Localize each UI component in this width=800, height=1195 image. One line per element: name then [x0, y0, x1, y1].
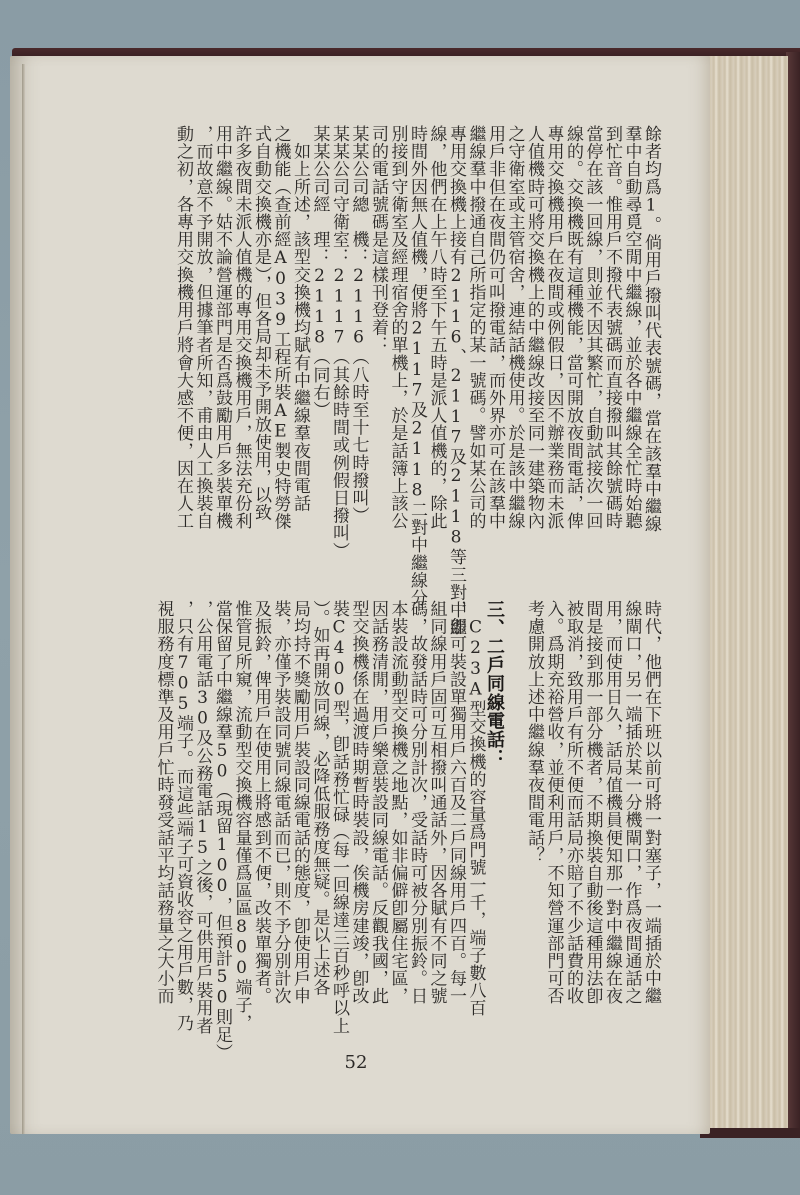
- text-column: 繼線羣中撥通自己所指定的某一號碼。譬如某公司的: [465, 125, 485, 575]
- text-column: 型交換機係在過渡時期暫時裝設，俟機房建竣，卽改: [348, 600, 368, 1040]
- text-column: 人值機時可將交換機上的中繼線改接至同一建築物內: [524, 125, 544, 575]
- text-column: 別接到守衛室及經理宿舍的單機上，於是話簿上該公: [387, 125, 407, 575]
- page-gutter-fold: [22, 64, 25, 1134]
- text-column: 專用交換機用戶在夜間或例假日，因不辦業務而未派: [543, 125, 563, 575]
- text-column: 被取消，致用戶有所不便而話局亦賠了不少話費的收: [563, 600, 583, 1040]
- text-column: 當保留了中繼線羣50（現留100，但預計50則足）: [212, 600, 232, 1040]
- page-number: 52: [336, 1052, 376, 1073]
- text-column: 線閘口，另一端插於某一分機閘口，作爲夜間通話之: [621, 600, 641, 1040]
- text-column: 線的。交換機既有這種機能，當可開放夜間電話，俾: [563, 125, 583, 575]
- text-column: 專用交換機上接有2116、2117及2118等三對中繼: [446, 125, 466, 575]
- text-column: 碼，故發話時可分別計次，受話時可被分別振鈴。日: [407, 600, 427, 1040]
- text-column: ，只有705端子。而這些端子可資收容之用戶數，乃: [173, 600, 193, 1040]
- text-column: C23A型交換機的容量爲門號一千，端子數八百: [465, 600, 485, 1040]
- text-column: 式自動交換機亦是），但各局却未予開放使用，以致: [251, 125, 271, 575]
- text-column: 羣中自動尋覓空閒中繼線，並於各中繼線全忙時始聽: [621, 125, 641, 575]
- text-column: 裝C400型，卽話務忙碌（每一回線達三百秒呼以上: [329, 600, 349, 1040]
- text-column: ，卽可裝設單獨用戶六百及二戶同線用戶四百。每一: [446, 600, 466, 1040]
- column-spacer: [504, 600, 524, 1040]
- text-column: 如上所述，該型交換機均賦有中繼線羣夜間電話: [290, 125, 310, 575]
- text-column: ）。如再開放同線，必降低服務度無疑。是以上述各: [309, 600, 329, 1040]
- section-heading: 三、二戶同線電話：: [485, 600, 505, 1040]
- text-column: 本裝設流動型交換機之地點，如非偏僻卽屬住宅區，: [387, 600, 407, 1040]
- text-column: 許多夜間未派人值機的專用交換機用戶，無法充份利: [231, 125, 251, 575]
- phone-listing-guardroom: 某某公司守衛室：2117（其餘時間或例假日撥叫）: [329, 125, 349, 575]
- text-column: 及振鈴，俾用戶在使用上將感到不便，改裝單獨者。: [251, 600, 271, 1040]
- text-column: 時代，他們在下班以前可將一對塞子，一端插於中繼: [641, 600, 661, 1040]
- text-column: 入。爲期充裕營收，並便利用戶，不知營運部門可否: [543, 600, 563, 1040]
- text-column: 之機能（查前經A039工程所裝AE製史特勞傑: [270, 125, 290, 575]
- text-column: ，而故意不予開放，但據筆者所知，甫由人工換裝自: [192, 125, 212, 575]
- text-column: 線，他們在上午八時至下午五時是派人值機的，除此: [426, 125, 446, 575]
- phone-listing-manager: 某某公司經 理：2118（同右）: [309, 125, 329, 575]
- text-column: 視服務度標準及用戶忙時發受話平均話務量之大小而: [153, 600, 173, 1040]
- text-column: 動之初，各專用交換機用戶將會大感不便，因在人工: [173, 125, 193, 575]
- text-column: 用戶非但在夜間仍可叫撥電話，而外界亦可在該羣中: [485, 125, 505, 575]
- text-column: 組同線用戶固可互相撥叫通話外，因各賦有不同之號: [426, 600, 446, 1040]
- text-column: 司的電話號碼是這樣刊登着：: [368, 125, 388, 575]
- text-column: 之守衛室或主管宿舍，連結話機使用。於是該中繼線: [504, 125, 524, 575]
- text-column: ，公用電話30及公務電話15之後，可供用戶裝用者: [192, 600, 212, 1040]
- text-column: 餘者均爲1。倘用戶撥叫代表號碼，當在該羣中繼線: [641, 125, 661, 575]
- text-column: 裝，亦僅予裝設同號同線電話而已，則不予分別計次: [270, 600, 290, 1040]
- text-column: 當停在該一回線，則並不因其繁忙，自動試接次一回: [582, 125, 602, 575]
- bottom-text-block: 時代，他們在下班以前可將一對塞子，一端插於中繼 線閘口，另一端插於某一分機閘口，…: [50, 600, 660, 1040]
- text-column: 到忙音。惟用戶不撥代表號碼而直接撥叫其餘號碼時: [602, 125, 622, 575]
- text-column: 時間外因無人值機，便將2117及2118二對中繼線分: [407, 125, 427, 575]
- text-column: 用中繼線。姑不論營運部門是否爲鼓勵用戶多裝單機: [212, 125, 232, 575]
- book-cover-bottom-edge: [700, 1128, 800, 1138]
- text-column: 用，而使用日久，話局值機員便知那一對中繼線在夜: [602, 600, 622, 1040]
- text-column: 間是接到那一部分機者，不期換裝自動後這種用法卽: [582, 600, 602, 1040]
- text-column: 考慮開放上述中繼線羣夜間電話？: [524, 600, 544, 1040]
- text-column: 局均持不獎勵用戶裝設同線電話的態度，卽使用戶申: [290, 600, 310, 1040]
- phone-listing-switchboard: 某某公司總 機：2116（八時至十七時撥叫）: [348, 125, 368, 575]
- text-column: 因話務清閒，用戶樂意裝設同線電話。反觀我國，此: [368, 600, 388, 1040]
- book-cover-right-edge: [786, 52, 800, 1137]
- text-column: 惟管見所窺，流動型交換機容量僅爲區區800端子，: [231, 600, 251, 1040]
- page-stack-edges: [700, 56, 788, 1132]
- top-text-block: 餘者均爲1。倘用戶撥叫代表號碼，當在該羣中繼線 羣中自動尋覓空閒中繼線，並於各中…: [50, 125, 660, 575]
